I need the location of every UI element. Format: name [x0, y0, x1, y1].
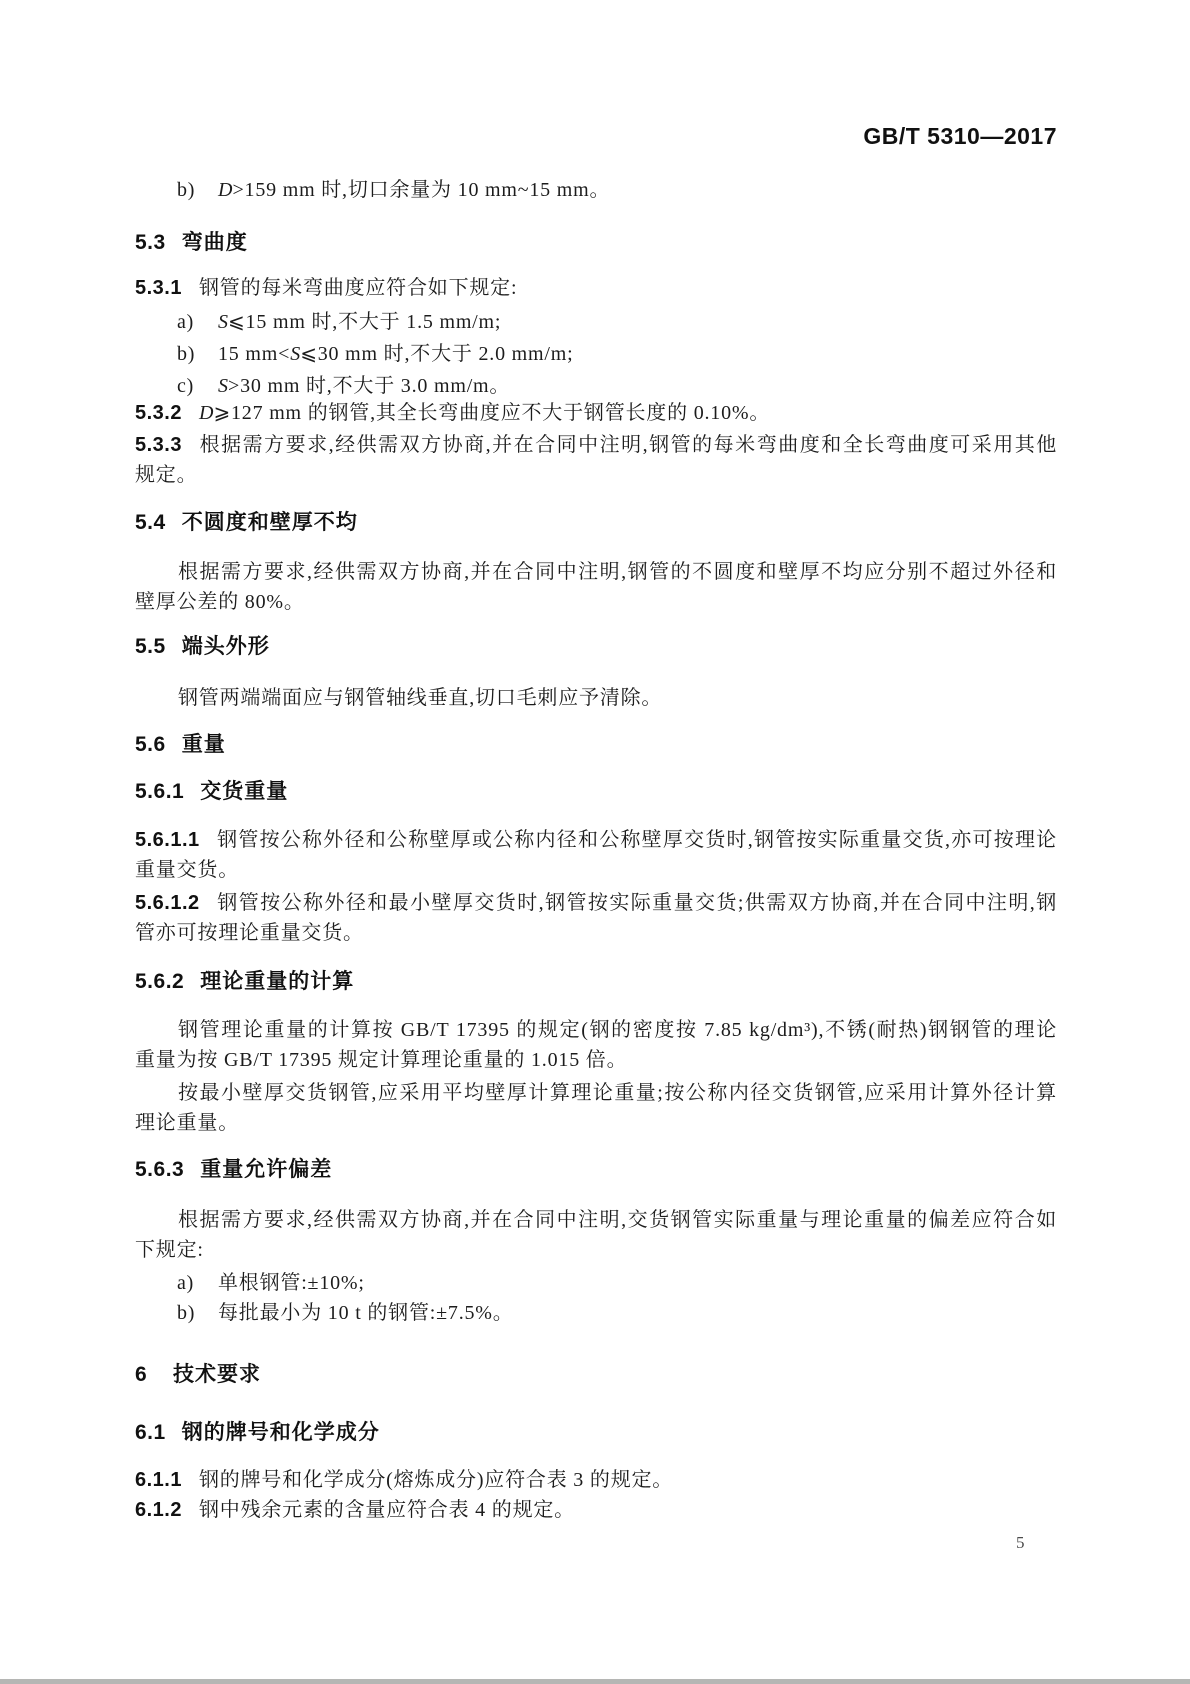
paragraph-line: 下规定: [135, 1235, 1057, 1265]
section-heading-5-6-1: 5.6.1交货重量 [135, 777, 1057, 807]
list-item-label: b) [177, 1298, 218, 1328]
clause-6-1-1: 6.1.1钢的牌号和化学成分(熔炼成分)应符合表 3 的规定。 [135, 1465, 1057, 1495]
clause-text: 钢管按公称外径和公称壁厚或公称内径和公称壁厚交货时,钢管按实际重量交货,亦可按理… [217, 829, 1057, 851]
paragraph-line: 5.3.3根据需方要求,经供需双方协商,并在合同中注明,钢管的每米弯曲度和全长弯… [135, 430, 1057, 460]
list-item-label: c) [177, 371, 218, 401]
variable-S: S [218, 311, 228, 333]
section-title: 不圆度和壁厚不均 [182, 511, 358, 534]
clause-number: 5.3.3 [135, 434, 182, 456]
section-number: 5.6.3 [135, 1155, 184, 1185]
clause-5-6-1-1: 5.6.1.1钢管按公称外径和公称壁厚或公称内径和公称壁厚交货时,钢管按实际重量… [135, 825, 1057, 885]
page-number: 5 [1016, 1528, 1025, 1558]
clause-5-3-3: 5.3.3根据需方要求,经供需双方协商,并在合同中注明,钢管的每米弯曲度和全长弯… [135, 430, 1057, 490]
variable-D: D [199, 402, 213, 424]
clause-text: ⩾127 mm 的钢管,其全长弯曲度应不大于钢管长度的 0.10%。 [213, 402, 770, 424]
chapter-heading-6: 6技术要求 [135, 1360, 1057, 1390]
section-heading-6-1: 6.1钢的牌号和化学成分 [135, 1418, 1057, 1448]
paragraph-line: 重量为按 GB/T 17395 规定计算理论重量的 1.015 倍。 [135, 1045, 1057, 1075]
clause-5-3-1: 5.3.1钢管的每米弯曲度应符合如下规定: [135, 273, 1057, 303]
clause-5-6-1-2: 5.6.1.2钢管按公称外径和最小壁厚交货时,钢管按实际重量交货;供需双方协商,… [135, 888, 1057, 948]
clause-text: 根据需方要求,经供需双方协商,并在合同中注明,钢管的每米弯曲度和全长弯曲度可采用… [199, 434, 1057, 456]
list-item-a-wall-thin: a)S⩽15 mm 时,不大于 1.5 mm/m; [177, 307, 1099, 337]
list-item-a-single-pipe: a)单根钢管:±10%; [177, 1268, 1099, 1298]
scan-bottom-edge [0, 1679, 1190, 1684]
paragraph-line: 钢管理论重量的计算按 GB/T 17395 的规定(钢的密度按 7.85 kg/… [135, 1015, 1057, 1045]
list-item-text: ⩽30 mm 时,不大于 2.0 mm/m; [300, 343, 573, 365]
section-heading-5-6: 5.6重量 [135, 730, 1057, 760]
chapter-number: 6 [135, 1360, 157, 1390]
clause-text: 钢管的每米弯曲度应符合如下规定: [199, 277, 517, 299]
section-number: 5.5 [135, 632, 166, 662]
clause-text: 钢管按公称外径和最小壁厚交货时,钢管按实际重量交货;供需双方协商,并在合同中注明… [217, 892, 1057, 914]
variable-S: S [290, 343, 300, 365]
paragraph-line: 理论重量。 [135, 1108, 1057, 1138]
section-title: 重量允许偏差 [200, 1158, 332, 1181]
document-page: GB/T 5310—2017 b)D>159 mm 时,切口余量为 10 mm~… [0, 0, 1190, 1684]
paragraph-line: 5.6.1.2钢管按公称外径和最小壁厚交货时,钢管按实际重量交货;供需双方协商,… [135, 888, 1057, 918]
list-item-b-cut-allowance: b)D>159 mm 时,切口余量为 10 mm~15 mm。 [177, 175, 1099, 205]
paragraph-line: 5.6.1.1钢管按公称外径和公称壁厚或公称内径和公称壁厚交货时,钢管按实际重量… [135, 825, 1057, 855]
section-number: 5.6.1 [135, 777, 184, 807]
clause-number: 5.6.1.2 [135, 892, 200, 914]
clause-number: 5.3.2 [135, 402, 182, 424]
paragraph-5-6-3: 根据需方要求,经供需双方协商,并在合同中注明,交货钢管实际重量与理论重量的偏差应… [135, 1205, 1057, 1265]
list-item-text: 每批最小为 10 t 的钢管:±7.5%。 [218, 1302, 514, 1324]
section-heading-5-3: 5.3弯曲度 [135, 228, 1057, 258]
clause-6-1-2: 6.1.2钢中残余元素的含量应符合表 4 的规定。 [135, 1495, 1057, 1525]
list-item-label: a) [177, 1268, 218, 1298]
list-item-text: >30 mm 时,不大于 3.0 mm/m。 [228, 375, 510, 397]
clause-number: 6.1.1 [135, 1469, 182, 1491]
list-item-text-pre: 15 mm< [218, 343, 290, 365]
variable-D: D [218, 179, 232, 201]
clause-text: 钢的牌号和化学成分(熔炼成分)应符合表 3 的规定。 [199, 1469, 673, 1491]
clause-text: 钢中残余元素的含量应符合表 4 的规定。 [199, 1499, 575, 1521]
paragraph-line: 根据需方要求,经供需双方协商,并在合同中注明,钢管的不圆度和壁厚不均应分别不超过… [135, 557, 1057, 587]
section-title: 弯曲度 [182, 231, 248, 254]
list-item-b-batch: b)每批最小为 10 t 的钢管:±7.5%。 [177, 1298, 1099, 1328]
clause-number: 5.3.1 [135, 277, 182, 299]
section-number: 6.1 [135, 1418, 166, 1448]
section-title: 交货重量 [200, 780, 288, 803]
section-number: 5.3 [135, 228, 166, 258]
chapter-title: 技术要求 [173, 1363, 261, 1386]
paragraph-5-4: 根据需方要求,经供需双方协商,并在合同中注明,钢管的不圆度和壁厚不均应分别不超过… [135, 557, 1057, 617]
section-title: 理论重量的计算 [200, 970, 354, 993]
standard-code-header: GB/T 5310—2017 [863, 121, 1057, 151]
clause-number: 6.1.2 [135, 1499, 182, 1521]
paragraph-line: 规定。 [135, 460, 1057, 490]
paragraph-5-5: 钢管两端端面应与钢管轴线垂直,切口毛刺应予清除。 [135, 683, 1057, 713]
paragraph-line: 壁厚公差的 80%。 [135, 587, 1057, 617]
section-number: 5.6.2 [135, 967, 184, 997]
section-number: 5.4 [135, 508, 166, 538]
list-item-text: ⩽15 mm 时,不大于 1.5 mm/m; [228, 311, 501, 333]
section-heading-5-4: 5.4不圆度和壁厚不均 [135, 508, 1057, 538]
section-title: 钢的牌号和化学成分 [182, 1421, 380, 1444]
section-heading-5-5: 5.5端头外形 [135, 632, 1057, 662]
list-item-label: a) [177, 307, 218, 337]
clause-5-3-2: 5.3.2D⩾127 mm 的钢管,其全长弯曲度应不大于钢管长度的 0.10%。 [135, 398, 1057, 428]
paragraph-line: 根据需方要求,经供需双方协商,并在合同中注明,交货钢管实际重量与理论重量的偏差应… [135, 1205, 1057, 1235]
list-item-b-wall-mid: b)15 mm<S⩽30 mm 时,不大于 2.0 mm/m; [177, 339, 1099, 369]
paragraph-line: 管亦可按理论重量交货。 [135, 918, 1057, 948]
list-item-label: b) [177, 175, 218, 205]
paragraph-5-6-2-1: 钢管理论重量的计算按 GB/T 17395 的规定(钢的密度按 7.85 kg/… [135, 1015, 1057, 1075]
section-title: 重量 [182, 733, 226, 756]
paragraph-line: 钢管两端端面应与钢管轴线垂直,切口毛刺应予清除。 [135, 683, 1057, 713]
variable-S: S [218, 375, 228, 397]
clause-number: 5.6.1.1 [135, 829, 200, 851]
paragraph-5-6-2-2: 按最小壁厚交货钢管,应采用平均壁厚计算理论重量;按公称内径交货钢管,应采用计算外… [135, 1078, 1057, 1138]
paragraph-line: 按最小壁厚交货钢管,应采用平均壁厚计算理论重量;按公称内径交货钢管,应采用计算外… [135, 1078, 1057, 1108]
list-item-c-wall-thick: c)S>30 mm 时,不大于 3.0 mm/m。 [177, 371, 1099, 401]
section-number: 5.6 [135, 730, 166, 760]
list-item-label: b) [177, 339, 218, 369]
section-heading-5-6-2: 5.6.2理论重量的计算 [135, 967, 1057, 997]
section-title: 端头外形 [182, 635, 270, 658]
section-heading-5-6-3: 5.6.3重量允许偏差 [135, 1155, 1057, 1185]
list-item-text: >159 mm 时,切口余量为 10 mm~15 mm。 [232, 179, 610, 201]
paragraph-line: 重量交货。 [135, 855, 1057, 885]
list-item-text: 单根钢管:±10%; [218, 1272, 365, 1294]
